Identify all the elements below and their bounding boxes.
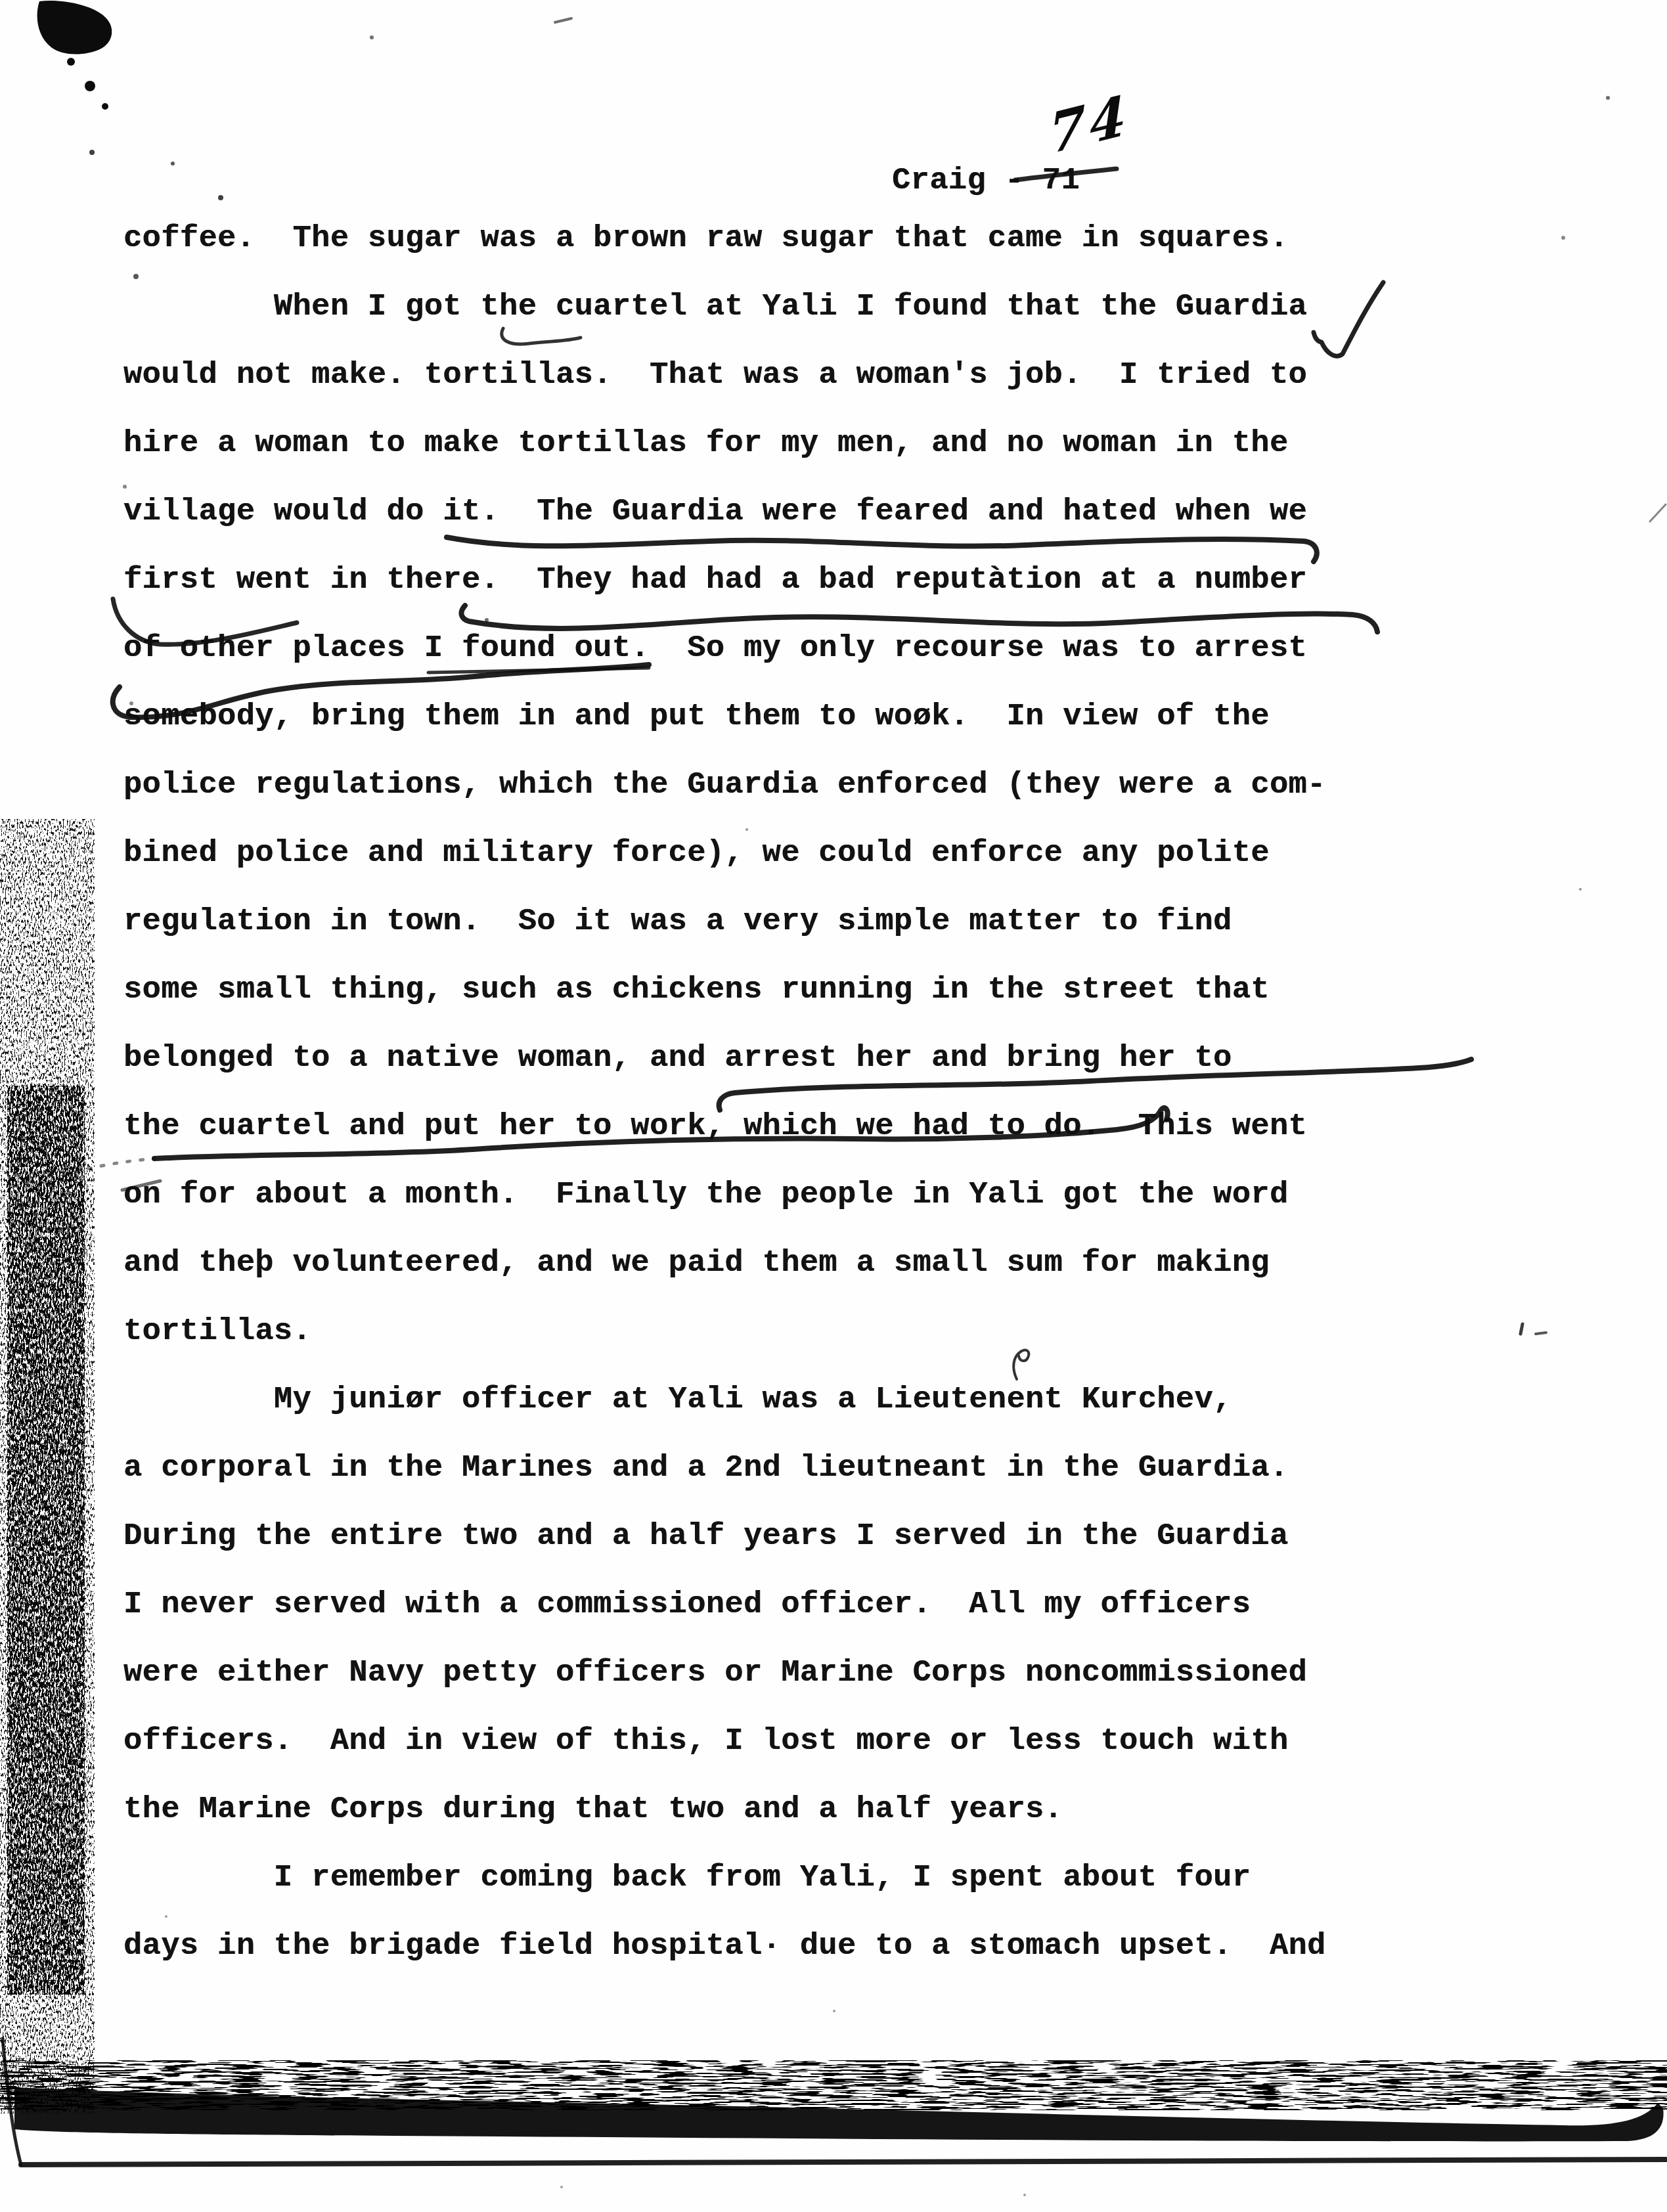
- yali-underline: [502, 328, 581, 344]
- page-header: Craig - 71: [892, 164, 1080, 198]
- typed-line: were either Navy petty officers or Marin…: [123, 1656, 1307, 1691]
- typed-line: first went in there. They had had a bad …: [123, 564, 1307, 598]
- bottom-scan-band: [14, 2087, 1664, 2141]
- top-dash-speck: [555, 18, 571, 22]
- typed-line: regulation in town. So it was a very sim…: [123, 905, 1232, 939]
- margin-tick-mark: [1521, 1324, 1523, 1334]
- header-name-label: Craig -: [892, 164, 1042, 198]
- left-margin-scan-noise: [9, 844, 80, 2089]
- typed-line: I remember coming back from Yali, I spen…: [123, 1861, 1251, 1895]
- typed-line: some small thing, such as chickens runni…: [123, 973, 1270, 1007]
- typed-line: a corporal in the Marines and a 2nd lieu…: [123, 1451, 1288, 1486]
- margin-dash-mark: [1536, 1333, 1546, 1334]
- bottom-scan-line: [21, 2159, 1666, 2165]
- typed-line: hire a woman to make tortillas for my me…: [123, 427, 1288, 461]
- typed-line: When I got the cuartel at Yali I found t…: [123, 290, 1307, 324]
- typed-line: coffee. The sugar was a brown raw sugar …: [123, 222, 1288, 256]
- typed-line: somebody, bring them in and put them to …: [123, 700, 1270, 734]
- right-edge-tick: [1650, 504, 1666, 521]
- typed-line: on for about a month. Finally the people…: [123, 1178, 1288, 1212]
- feared-and-hated-underline: [447, 537, 1317, 562]
- typed-line: belonged to a native woman, and arrest h…: [123, 1042, 1232, 1076]
- bad-reputation-underline: [461, 606, 1377, 632]
- typed-line: village would do it. The Guardia were fe…: [123, 495, 1307, 529]
- struck-page-number: 71: [1042, 164, 1080, 198]
- handwritten-page-number: 74: [1048, 83, 1131, 167]
- had-to-do-tail: [63, 1159, 154, 1176]
- typed-line: officers. And in view of this, I lost mo…: [123, 1725, 1288, 1759]
- typed-line: the Marine Corps during that two and a h…: [123, 1793, 1063, 1827]
- scanned-transcript-page: Craig - 71 74 coffee. The sugar was a br…: [0, 0, 1667, 2212]
- typed-line: days in the brigade field hospital· due …: [123, 1930, 1326, 1964]
- typed-line: would not make. tortillas. That was a wo…: [123, 359, 1307, 393]
- typed-line: I never served with a commissioned offic…: [123, 1588, 1251, 1622]
- typed-line: the cuartel and put her to work, which w…: [123, 1110, 1307, 1144]
- typed-line: and theþ volunteered, and we paid them a…: [123, 1247, 1270, 1281]
- typed-line: During the entire two and a half years I…: [123, 1520, 1288, 1554]
- typed-line: tortillas.: [123, 1315, 311, 1349]
- tried-to-checkmark: [1314, 282, 1383, 356]
- typed-line: police regulations, which the Guardia en…: [123, 768, 1326, 803]
- typed-line: bined police and military force), we cou…: [123, 837, 1270, 871]
- typed-line: of other places I found out. So my only …: [123, 632, 1307, 666]
- typed-line: My juniør officer at Yali was a Lieutene…: [123, 1383, 1232, 1417]
- top-left-ink-blob: [37, 1, 112, 110]
- lieutenant-caret-squiggle: [1013, 1350, 1029, 1379]
- corner-fold-line: [3, 2039, 21, 2165]
- found-out-underline: [428, 668, 649, 673]
- left-margin-scan-noise-dense: [18, 1103, 74, 1977]
- bottom-band-grain: [16, 2068, 1655, 2103]
